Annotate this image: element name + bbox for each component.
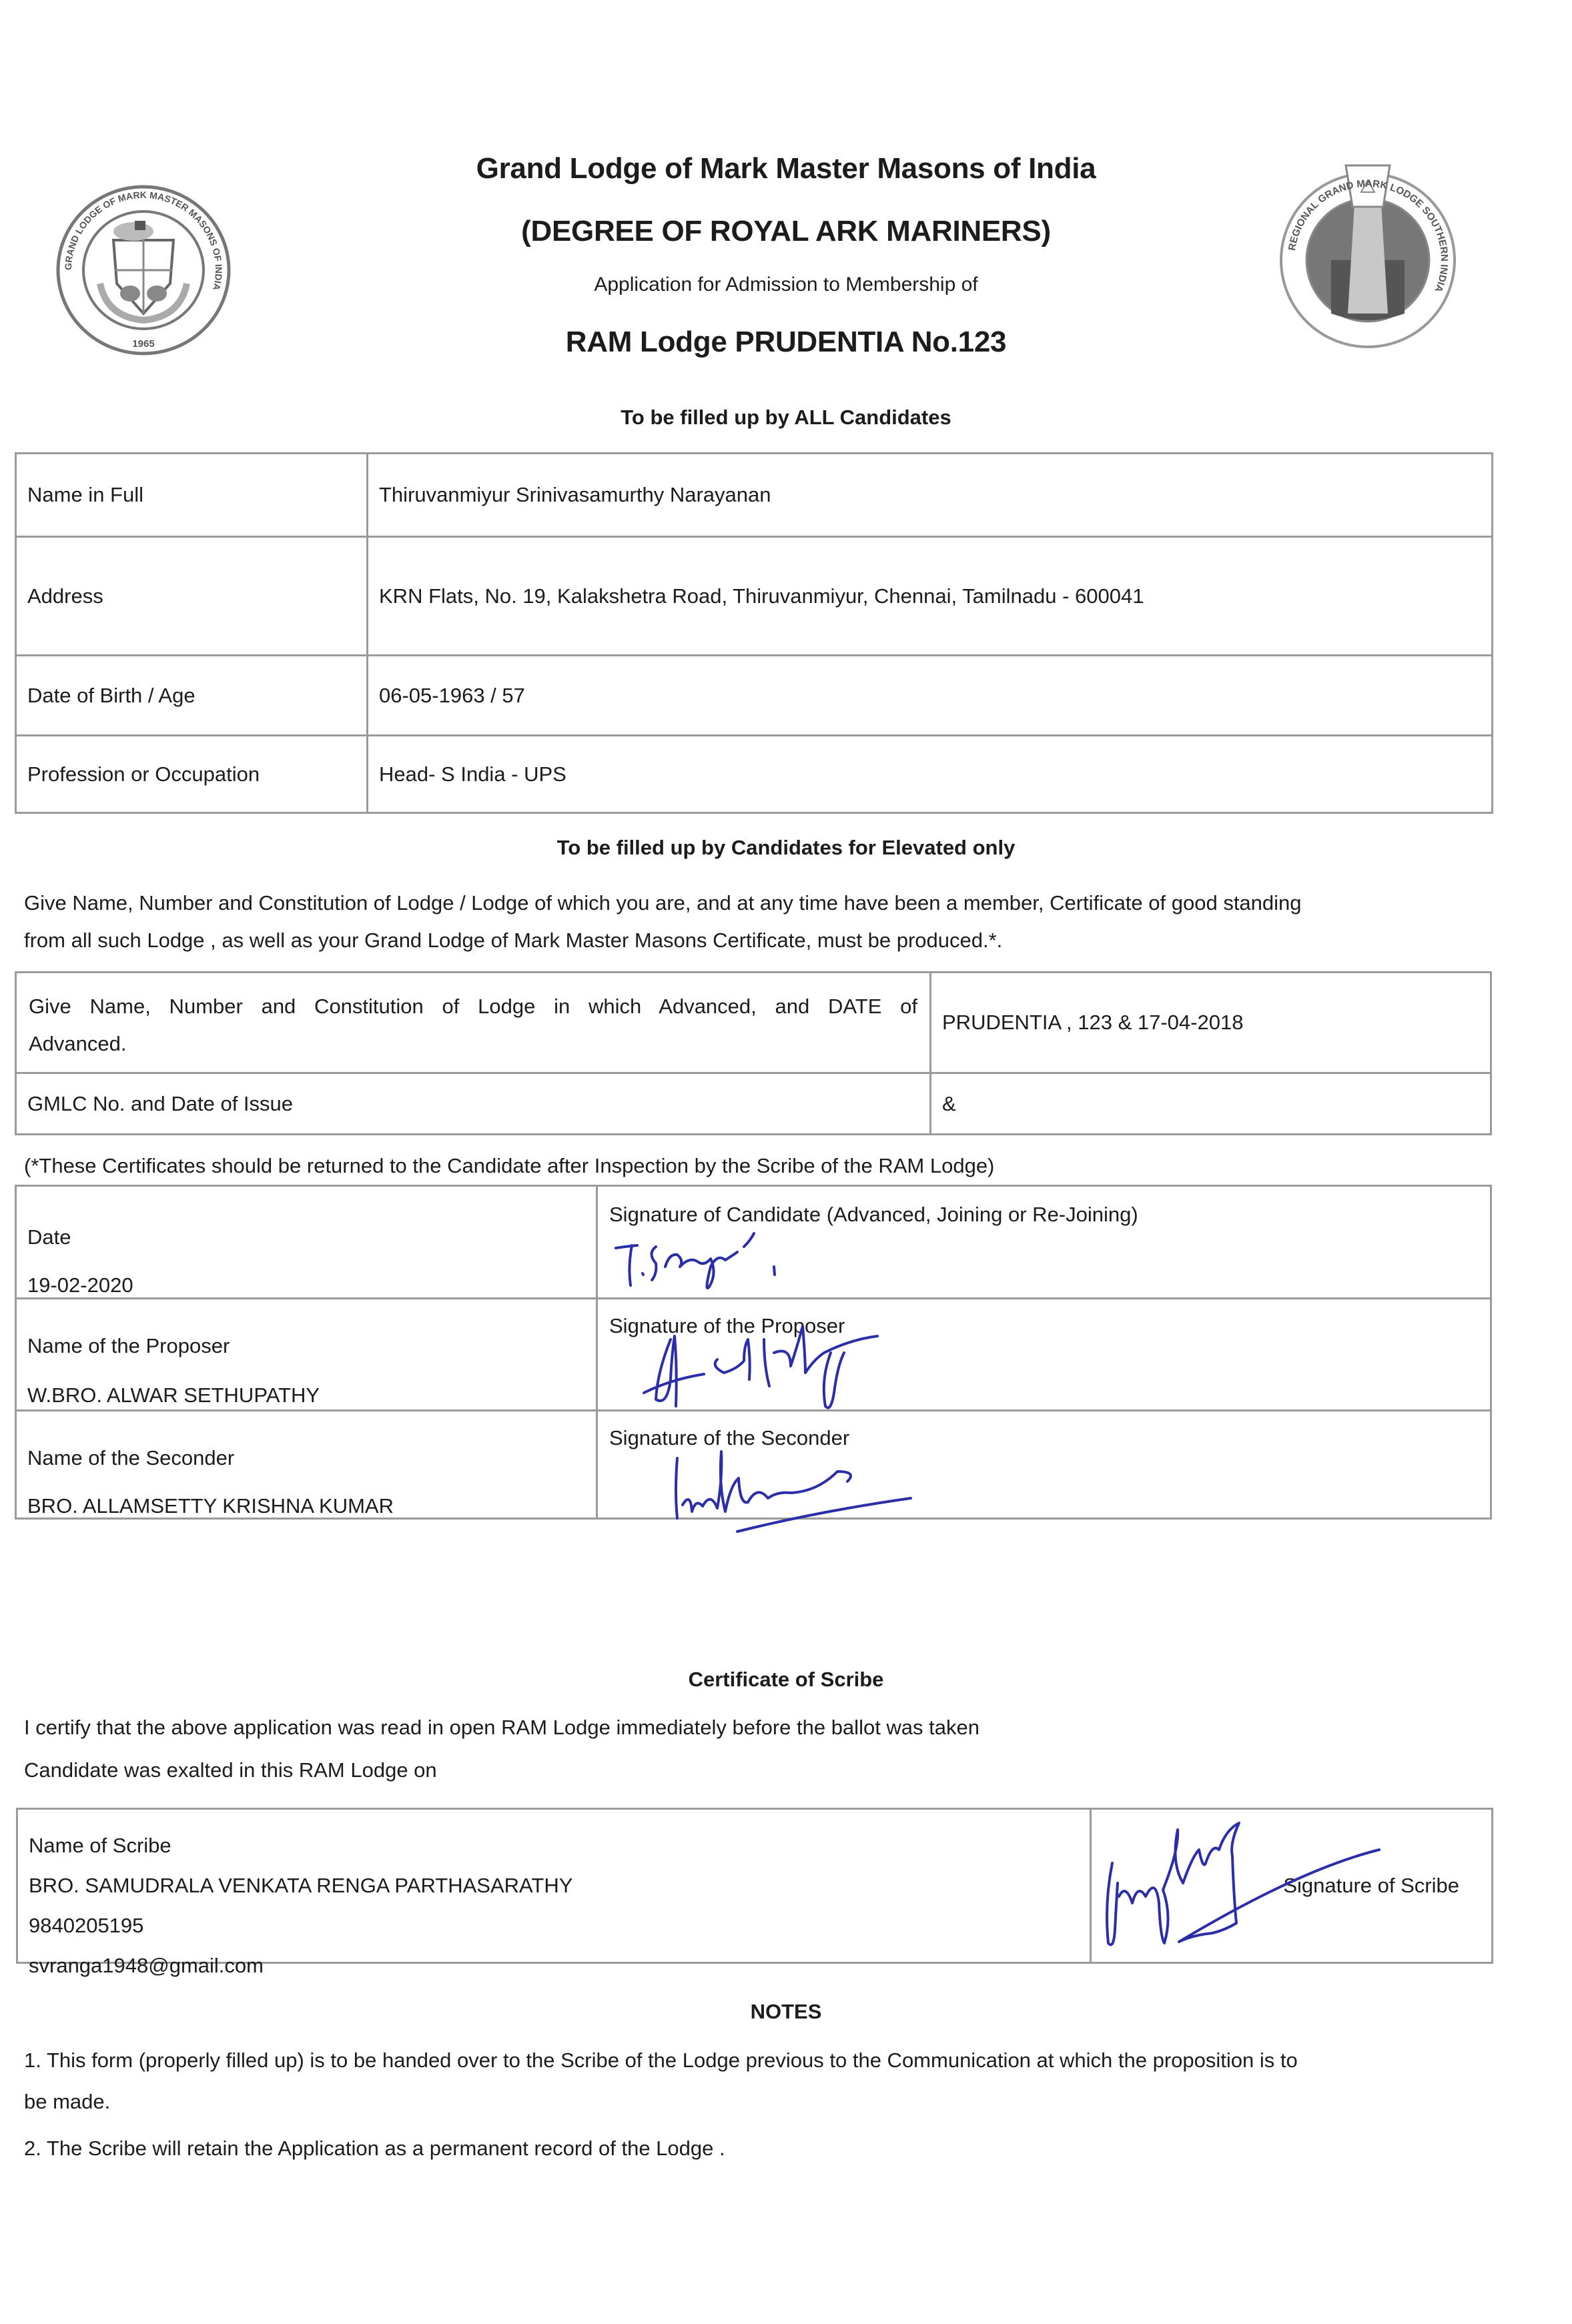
scribe-details: Name of Scribe BRO. SAMUDRALA VENKATA RE… — [18, 1826, 1086, 1986]
candidate-details-table: Name in Full Thiruvanmiyur Srinivasamurt… — [15, 452, 1493, 814]
address-value: KRN Flats, No. 19, Kalakshetra Road, Thi… — [368, 538, 1491, 654]
proposer-name: W.BRO. ALWAR SETHUPATHY — [17, 1383, 596, 1407]
dob-value: 06-05-1963 / 57 — [368, 656, 1491, 734]
instruction-line: Give Name, Number and Constitution of Lo… — [24, 885, 1525, 922]
table-row: Address KRN Flats, No. 19, Kalakshetra R… — [17, 536, 1491, 654]
date-value: 19-02-2020 — [17, 1273, 596, 1297]
scribe-name-label: Name of Scribe — [29, 1826, 1086, 1866]
certify-statement: I certify that the above application was… — [24, 1716, 979, 1740]
scribe-email: svranga1948@gmail.com — [29, 1946, 1086, 1986]
elevated-heading: To be filled up by Candidates for Elevat… — [0, 836, 1572, 860]
date-label: Date — [17, 1225, 596, 1249]
advanced-lodge-label: Give Name, Number and Constitution of Lo… — [17, 973, 929, 1072]
scribe-name: BRO. SAMUDRALA VENKATA RENGA PARTHASARAT… — [29, 1866, 1086, 1906]
name-value: Thiruvanmiyur Srinivasamurthy Narayanan — [368, 454, 1491, 536]
table-row: Name in Full Thiruvanmiyur Srinivasamurt… — [17, 454, 1491, 536]
scribe-table: Name of Scribe BRO. SAMUDRALA VENKATA RE… — [16, 1808, 1493, 1964]
scribe-signature — [1099, 1810, 1486, 1966]
table-row: GMLC No. and Date of Issue & — [17, 1072, 1490, 1133]
seconder-signature — [617, 1445, 1098, 1538]
dob-label: Date of Birth / Age — [17, 656, 366, 734]
proposer-signature — [631, 1299, 1058, 1413]
proposer-label: Name of the Proposer — [17, 1334, 596, 1358]
address-label: Address — [17, 538, 366, 654]
scribe-certificate-heading: Certificate of Scribe — [0, 1668, 1572, 1692]
note-item: 2. The Scribe will retain the Applicatio… — [24, 2128, 1545, 2169]
signatures-table: Date 19-02-2020 Signature of Candidate (… — [15, 1185, 1492, 1520]
note-item: 1. This form (properly filled up) is to … — [24, 2040, 1545, 2123]
elevated-table: Give Name, Number and Constitution of Lo… — [15, 971, 1492, 1135]
advanced-lodge-value: PRUDENTIA , 123 & 17-04-2018 — [931, 973, 1490, 1072]
seconder-label: Name of the Seconder — [17, 1446, 596, 1470]
all-candidates-heading: To be filled up by ALL Candidates — [0, 406, 1572, 430]
exalted-statement: Candidate was exalted in this RAM Lodge … — [24, 1758, 437, 1782]
table-row: Name of the Seconder BRO. ALLAMSETTY KRI… — [17, 1409, 1490, 1522]
profession-value: Head- S India - UPS — [368, 736, 1491, 812]
notes-list: 1. This form (properly filled up) is to … — [24, 2040, 1545, 2169]
regional-lodge-seal-icon: REGIONAL GRAND MARK LODGE SOUTHERN INDIA — [1264, 153, 1471, 360]
table-row: Date 19-02-2020 Signature of Candidate (… — [17, 1187, 1490, 1297]
gmlc-label: GMLC No. and Date of Issue — [17, 1074, 929, 1133]
certificates-footnote: (*These Certificates should be returned … — [24, 1154, 994, 1178]
table-row: Give Name, Number and Constitution of Lo… — [17, 973, 1490, 1072]
table-row: Profession or Occupation Head- S India -… — [17, 734, 1491, 812]
candidate-signature — [611, 1227, 784, 1293]
candidate-signature-label: Signature of Candidate (Advanced, Joinin… — [599, 1203, 1138, 1227]
profession-label: Profession or Occupation — [17, 736, 366, 812]
notes-heading: NOTES — [0, 2000, 1572, 2024]
table-row: Date of Birth / Age 06-05-1963 / 57 — [17, 654, 1491, 734]
table-row: Name of the Proposer W.BRO. ALWAR SETHUP… — [17, 1297, 1490, 1409]
instruction-line: from all such Lodge , as well as your Gr… — [24, 922, 1525, 959]
gmlc-value: & — [931, 1074, 1490, 1133]
seconder-name: BRO. ALLAMSETTY KRISHNA KUMAR — [17, 1494, 596, 1518]
name-label: Name in Full — [17, 454, 366, 536]
elevated-instruction: Give Name, Number and Constitution of Lo… — [24, 885, 1525, 959]
scribe-phone: 9840205195 — [29, 1906, 1086, 1946]
